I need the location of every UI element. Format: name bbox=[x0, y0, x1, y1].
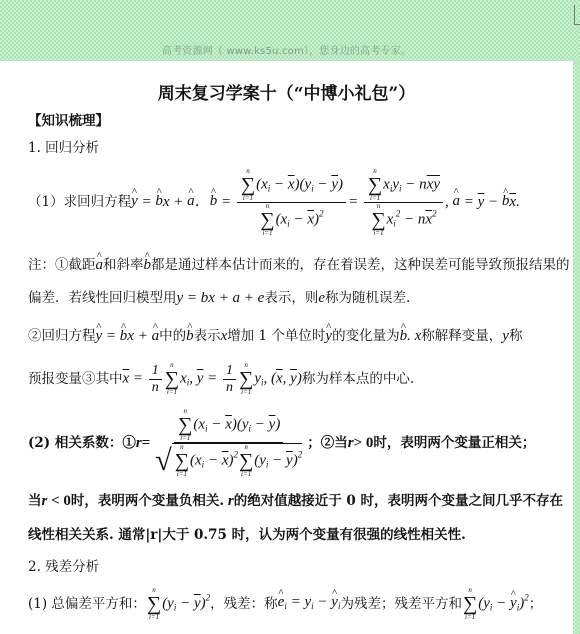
residual-line: (1) 总偏差平方和： n∑i=1(yi − y)2 ，残差：称 ei = yi… bbox=[28, 582, 542, 626]
note-2-line: ②回归方程y = bx + a中的b表示x增加 1 个单位时y的变化量为b. x… bbox=[28, 328, 522, 344]
page-corner-mark bbox=[574, 5, 580, 25]
regression-equation-formula: y = bx + a．b = n∑i=1(xi − x)(yi − y) n∑i… bbox=[131, 168, 520, 237]
correlation-negative-line: 当r < 0时，表明两个变量负相关. r的绝对值越接近于 0 时，表明两个变量之… bbox=[28, 493, 563, 509]
note-3-line: 预报变量③其中 x = 1nn∑i=1xi, y = 1nn∑i=1yi, (x… bbox=[28, 359, 414, 399]
page-title: 周末复习学案十（“中博小礼包”） bbox=[0, 79, 573, 104]
header-banner-text: 高考资源网（ www.ks5u.com），您身边的高考专家。 bbox=[0, 42, 573, 57]
heading-residual-analysis: 2. 残差分析 bbox=[28, 559, 99, 575]
note-1-line-1: 注：①截距a和斜率b都是通过样本估计而来的，存在着误差，这种误差可能导致预报结果… bbox=[28, 257, 570, 273]
correlation-coefficient-line: (2) 相关系数：① r = n∑i=1(xi − x)(yi − y) √n∑… bbox=[28, 405, 535, 481]
right-margin-strip bbox=[573, 61, 580, 634]
note-1-line-2: 偏差．若线性回归模型用y = bx + a + e表示，则e称为随机误差. bbox=[28, 290, 410, 306]
regression-equation-label: （1）求回归方程 bbox=[28, 194, 131, 210]
correlation-strength-line: 线性相关关系. 通常|r|大于 0.75 时，认为两个变量有很强的线性相关性. bbox=[28, 527, 466, 543]
section-heading: 【知识梳理】 bbox=[28, 113, 109, 129]
document-page: 周末复习学案十（“中博小礼包”） 【知识梳理】 1. 回归分析 （1）求回归方程… bbox=[0, 61, 573, 634]
heading-regression-analysis: 1. 回归分析 bbox=[28, 140, 99, 156]
regression-equation-line: （1）求回归方程 y = bx + a．b = n∑i=1(xi − x)(yi… bbox=[28, 166, 520, 238]
